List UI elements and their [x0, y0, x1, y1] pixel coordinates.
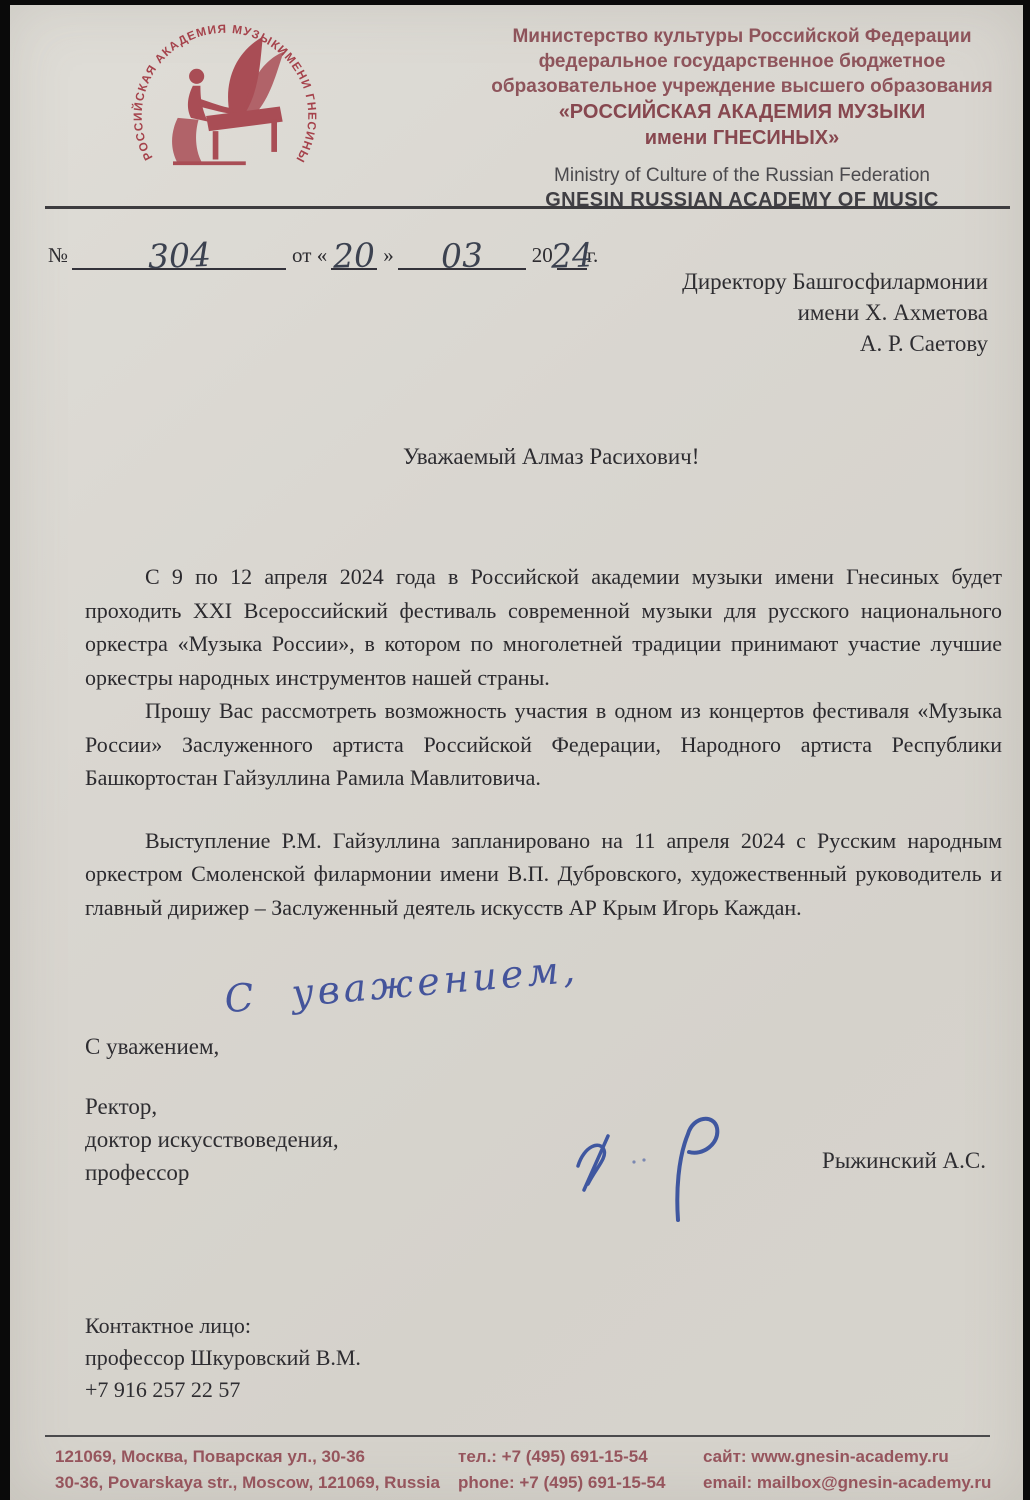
footer-tel-ru: тел.: +7 (495) 691-15-54	[458, 1444, 665, 1470]
from-label: от «	[286, 243, 331, 270]
paragraph-request: Прошу Вас рассмотреть возможность участи…	[85, 694, 1002, 795]
year-field: 24	[557, 228, 587, 270]
signer-title-professor: профессор	[85, 1156, 339, 1189]
academy-name-ru-1: «РОССИЙСКАЯ АКАДЕМИЯ МУЗЫКИ	[468, 99, 1016, 125]
academy-name-en: GNESIN RUSSIAN ACADEMY OF MUSIC	[468, 188, 1016, 213]
paragraph-festival: С 9 по 12 апреля 2024 года в Российской …	[85, 560, 1002, 694]
ministry-line-en: Ministry of Culture of the Russian Feder…	[468, 163, 1016, 188]
salutation: Уважаемый Алмаз Расихович!	[403, 444, 699, 470]
close-quote-label: »	[377, 243, 398, 270]
handwritten-month: 03	[440, 240, 483, 271]
paragraph-performance: Выступление Р.М. Гайзуллина запланирован…	[85, 824, 1002, 925]
footer-address: 121069, Москва, Поварская ул., 30-36 30-…	[55, 1444, 440, 1496]
org-type-line-2: образовательное учреждение высшего образ…	[468, 74, 1016, 99]
footer-tel-en: phone: +7 (495) 691-15-54	[458, 1470, 665, 1496]
footer-address-en: 30-36, Povarskaya str., Moscow, 121069, …	[55, 1470, 440, 1496]
signature-ink	[550, 1106, 750, 1224]
signer-titles: Ректор, доктор искусствоведения, професс…	[85, 1090, 339, 1189]
footer-site: сайт: www.gnesin-academy.ru	[703, 1444, 991, 1470]
muse-at-piano-figure	[172, 37, 284, 164]
contact-block: Контактное лицо: профессор Шкуровский В.…	[85, 1310, 361, 1406]
addressee-line-3: А. Р. Саетову	[682, 328, 988, 359]
handwritten-number: 304	[147, 240, 211, 272]
contact-phone: +7 916 257 22 57	[85, 1374, 361, 1406]
footer-phones: тел.: +7 (495) 691-15-54 phone: +7 (495)…	[458, 1444, 665, 1496]
footer-web: сайт: www.gnesin-academy.ru email: mailb…	[703, 1444, 991, 1496]
scanned-letter: РОССИЙСКАЯ АКАДЕМИЯ МУЗЫКИ ИМЕНИ ГНЕСИНЫ…	[0, 0, 1030, 1500]
footer-divider	[45, 1435, 990, 1437]
addressee-line-1: Директору Башгосфилармонии	[682, 266, 988, 297]
letterhead: Министерство культуры Российской Федерац…	[468, 24, 1016, 213]
signature-stroke-loop	[677, 1119, 717, 1220]
signer-title-rector: Ректор,	[85, 1090, 339, 1123]
contact-label: Контактное лицо:	[85, 1310, 361, 1342]
outgoing-number-field: 304	[72, 228, 286, 270]
footer-address-ru: 121069, Москва, Поварская ул., 30-36	[55, 1444, 440, 1470]
academy-logo-emblem: РОССИЙСКАЯ АКАДЕМИЯ МУЗЫКИ ИМЕНИ ГНЕСИНЫ…	[116, 12, 334, 220]
handwritten-day: 20	[333, 240, 376, 271]
addressee-line-2: имени Х. Ахметова	[682, 297, 988, 328]
signer-name: Рыжинский А.С.	[822, 1148, 986, 1174]
reference-number-line: № 304 от « 20 » 03 20 24 г.	[48, 228, 602, 270]
header-divider	[45, 206, 1010, 209]
signer-title-doctor: доктор искусствоведения,	[85, 1123, 339, 1156]
footer-email: email: mailbox@gnesin-academy.ru	[703, 1470, 991, 1496]
month-field: 03	[398, 228, 526, 270]
typed-closing: С уважением,	[85, 1034, 219, 1060]
day-field: 20	[331, 228, 377, 270]
handwritten-year: 24	[550, 240, 593, 271]
org-type-line-1: федеральное государственное бюджетное	[468, 49, 1016, 74]
addressee-block: Директору Башгосфилармонии имени Х. Ахме…	[682, 266, 988, 359]
letter-body: С 9 по 12 апреля 2024 года в Российской …	[85, 560, 1002, 924]
ministry-line-ru: Министерство культуры Российской Федерац…	[468, 24, 1016, 49]
academy-name-ru-2: имени ГНЕСИНЫХ»	[468, 125, 1016, 151]
number-sign-label: №	[48, 243, 72, 270]
contact-person: профессор Шкуровский В.М.	[85, 1342, 361, 1374]
